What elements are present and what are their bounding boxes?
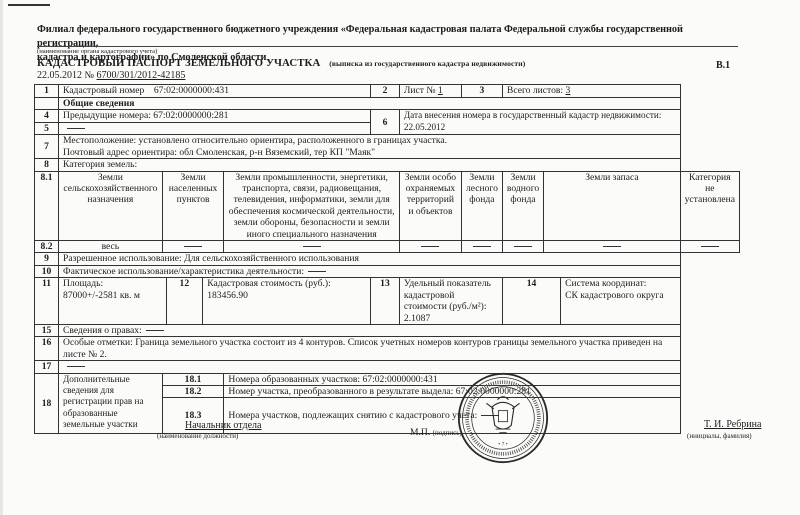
document-date-number: 22.05.2012 № 6700/301/2012-42185 (37, 70, 185, 81)
row-1: 1 Кадастровый номер 67:02:0000000:431 2 … (35, 85, 740, 98)
number-sign: № (85, 70, 95, 81)
additional-info-label: Дополнительные сведения для регистрации … (59, 373, 163, 434)
category-header: Земли сельскохозяйственного назначения (59, 171, 163, 240)
row-4: 4 Предыдущие номера: 67:02:0000000:281 6… (35, 110, 740, 122)
coordinate-system-label: Система координат: (565, 278, 676, 289)
row-9: 9 Разрешенное использование: Для сельско… (35, 253, 740, 265)
row-num: 7 (35, 135, 59, 159)
empty-dash (184, 246, 202, 247)
empty-dash (303, 246, 321, 247)
sheet-number-cell: Лист № 1 (399, 85, 461, 98)
document-title-text: КАДАСТРОВЫЙ ПАСПОРТ ЗЕМЕЛЬНОГО УЧАСТКА (37, 57, 320, 69)
category-value (680, 241, 739, 253)
row-5-value (59, 122, 371, 134)
category-header: Земли лесного фонда (461, 171, 502, 240)
empty-dash (514, 246, 532, 247)
total-sheets-label: Всего листов: (507, 85, 563, 96)
seal-place-label: М.П. (410, 427, 430, 438)
row-num: 10 (35, 265, 59, 277)
empty-dash (67, 366, 85, 367)
specific-value-cell: Удельный показатель кадастровой стоимост… (399, 278, 502, 325)
area-label: Площадь: (63, 278, 161, 289)
cadastral-number-value: 67:02:0000000:431 (154, 85, 229, 96)
signer-position-caption: (наименование должности) (157, 432, 238, 440)
sheet-value: 1 (438, 85, 443, 96)
document-title: КАДАСТРОВЫЙ ПАСПОРТ ЗЕМЕЛЬНОГО УЧАСТКА (… (37, 57, 525, 69)
signer-name: Т. И. Ребрина (704, 419, 761, 430)
row-num: 8 (35, 159, 59, 171)
organization-caption: (наименование органа кадастрового учета) (37, 48, 157, 55)
category-value (399, 241, 461, 253)
coordinate-system-cell: Система координат: СК кадастрового округ… (561, 278, 681, 325)
row-17-value (59, 361, 681, 373)
coordinate-system-value: СК кадастрового округа (565, 290, 676, 301)
scan-left-edge (0, 0, 3, 515)
row-11-14: 11 Площадь: 87000+/-2581 кв. м 12 Кадаст… (35, 278, 740, 325)
permitted-use: Разрешенное использование: Для сельскохо… (59, 253, 681, 265)
category-header: Земли промышленности, энергетики, трансп… (224, 171, 399, 240)
land-category-label: Категория земель: (59, 159, 681, 171)
section-title: Общие сведения (59, 98, 681, 110)
row-num: 9 (35, 253, 59, 265)
official-seal-icon: • 7 • (457, 372, 549, 464)
formed-parcels: Номера образованных участков: 67:02:0000… (224, 373, 680, 385)
sub-row-num: 18.1 (162, 373, 224, 385)
row-num: 16 (35, 337, 59, 361)
row-num: 17 (35, 361, 59, 373)
cadastral-table: 1 Кадастровый номер 67:02:0000000:431 2 … (34, 84, 740, 434)
row-num: 5 (35, 122, 59, 134)
category-header: Земли запаса (544, 171, 680, 240)
cadastral-value: 183456.90 (207, 290, 366, 301)
sub-row-num: 18.2 (162, 385, 224, 397)
document-title-note: (выписка из государственного кадастра не… (329, 59, 525, 68)
signer-position: Начальник отдела (185, 420, 262, 431)
row-num: 13 (371, 278, 400, 325)
row-15: 15 Сведения о правах: (35, 324, 740, 336)
sheet-label: Лист № (404, 85, 436, 96)
row-10: 10 Фактическое использование/характерист… (35, 265, 740, 277)
empty-dash (308, 271, 326, 272)
empty-dash (603, 246, 621, 247)
scan-corner-mark (8, 4, 50, 6)
row-num: 1 (35, 85, 59, 98)
category-value: весь (59, 241, 163, 253)
svg-text:• 7 •: • 7 • (498, 442, 507, 448)
category-header: Земли населенных пунктов (162, 171, 224, 240)
category-value (544, 241, 680, 253)
row-num: 15 (35, 324, 59, 336)
total-sheets-value: 3 (566, 85, 571, 96)
row-num: 4 (35, 110, 59, 122)
previous-numbers: Предыдущие номера: 67:02:0000000:281 (59, 110, 371, 122)
rights-label: Сведения о правах: (63, 325, 142, 336)
area-cell: Площадь: 87000+/-2581 кв. м (59, 278, 166, 325)
rights-info: Сведения о правах: (59, 324, 681, 336)
row-8-1: 8.1 Земли сельскохозяйственного назначен… (35, 171, 740, 240)
row-7: 7 Местоположение: установлено относитель… (35, 135, 740, 159)
registration-date: Дата внесения номера в государственный к… (399, 110, 680, 135)
row-num: 12 (166, 278, 203, 325)
area-value: 87000+/-2581 кв. м (63, 290, 161, 301)
row-num: 6 (371, 110, 400, 135)
category-value (502, 241, 543, 253)
row-num: 8.1 (35, 171, 59, 240)
removed-parcels-label: Номера участков, подлежащих снятию с кад… (228, 410, 477, 421)
specific-value: 2.1087 (404, 313, 498, 324)
special-notes: Особые отметки: Граница земельного участ… (59, 337, 681, 361)
row-num: 18 (35, 373, 59, 434)
signer-name-caption: (инициалы, фамилия) (687, 432, 752, 440)
category-value (162, 241, 224, 253)
cadastral-value-cell: Кадастровая стоимость (руб.): 183456.90 (203, 278, 371, 325)
document-number: 6700/301/2012-42185 (97, 70, 186, 81)
document-date: 22.05.2012 (37, 70, 82, 81)
row-18-1: 18 Дополнительные сведения для регистрац… (35, 373, 740, 385)
row-num: 3 (461, 85, 502, 98)
empty-dash (421, 246, 439, 247)
category-header: Земли особо охраняемых территорий и объе… (399, 171, 461, 240)
row-num: 11 (35, 278, 59, 325)
row-num: 2 (371, 85, 400, 98)
seal-place: М.П. (подпись) (410, 427, 462, 438)
cadastral-number-cell: Кадастровый номер 67:02:0000000:431 (59, 85, 371, 98)
row-num: 8.2 (35, 241, 59, 253)
cadastral-value-label: Кадастровая стоимость (руб.): (207, 278, 366, 289)
actual-use: Фактическое использование/характеристика… (59, 265, 681, 277)
empty-dash (67, 128, 85, 129)
location-cell: Местоположение: установлено относительно… (59, 135, 681, 159)
postal-address: Почтовый адрес ориентира: обл Смоленская… (63, 147, 676, 158)
cadastral-number-label: Кадастровый номер (63, 85, 144, 96)
section-general: Общие сведения (35, 98, 740, 110)
empty-dash (146, 330, 164, 331)
category-header: Категория не установлена (680, 171, 739, 240)
row-num: 14 (502, 278, 560, 325)
organization-underline (37, 46, 738, 47)
row-16: 16 Особые отметки: Граница земельного уч… (35, 337, 740, 361)
transformed-parcel: Номер участка, преобразованного в резуль… (224, 385, 680, 397)
location-text: Местоположение: установлено относительно… (63, 135, 676, 146)
row-8: 8 Категория земель: (35, 159, 740, 171)
category-header: Земли водного фонда (502, 171, 543, 240)
category-value (224, 241, 399, 253)
empty-dash (473, 246, 491, 247)
actual-use-label: Фактическое использование/характеристика… (63, 266, 304, 277)
category-value (461, 241, 502, 253)
row-17: 17 (35, 361, 740, 373)
empty-dash (701, 246, 719, 247)
row-8-2: 8.2 весь (35, 241, 740, 253)
specific-value-label: Удельный показатель кадастровой стоимост… (404, 278, 498, 312)
form-code: В.1 (716, 60, 730, 71)
total-sheets-cell: Всего листов: 3 (502, 85, 680, 98)
